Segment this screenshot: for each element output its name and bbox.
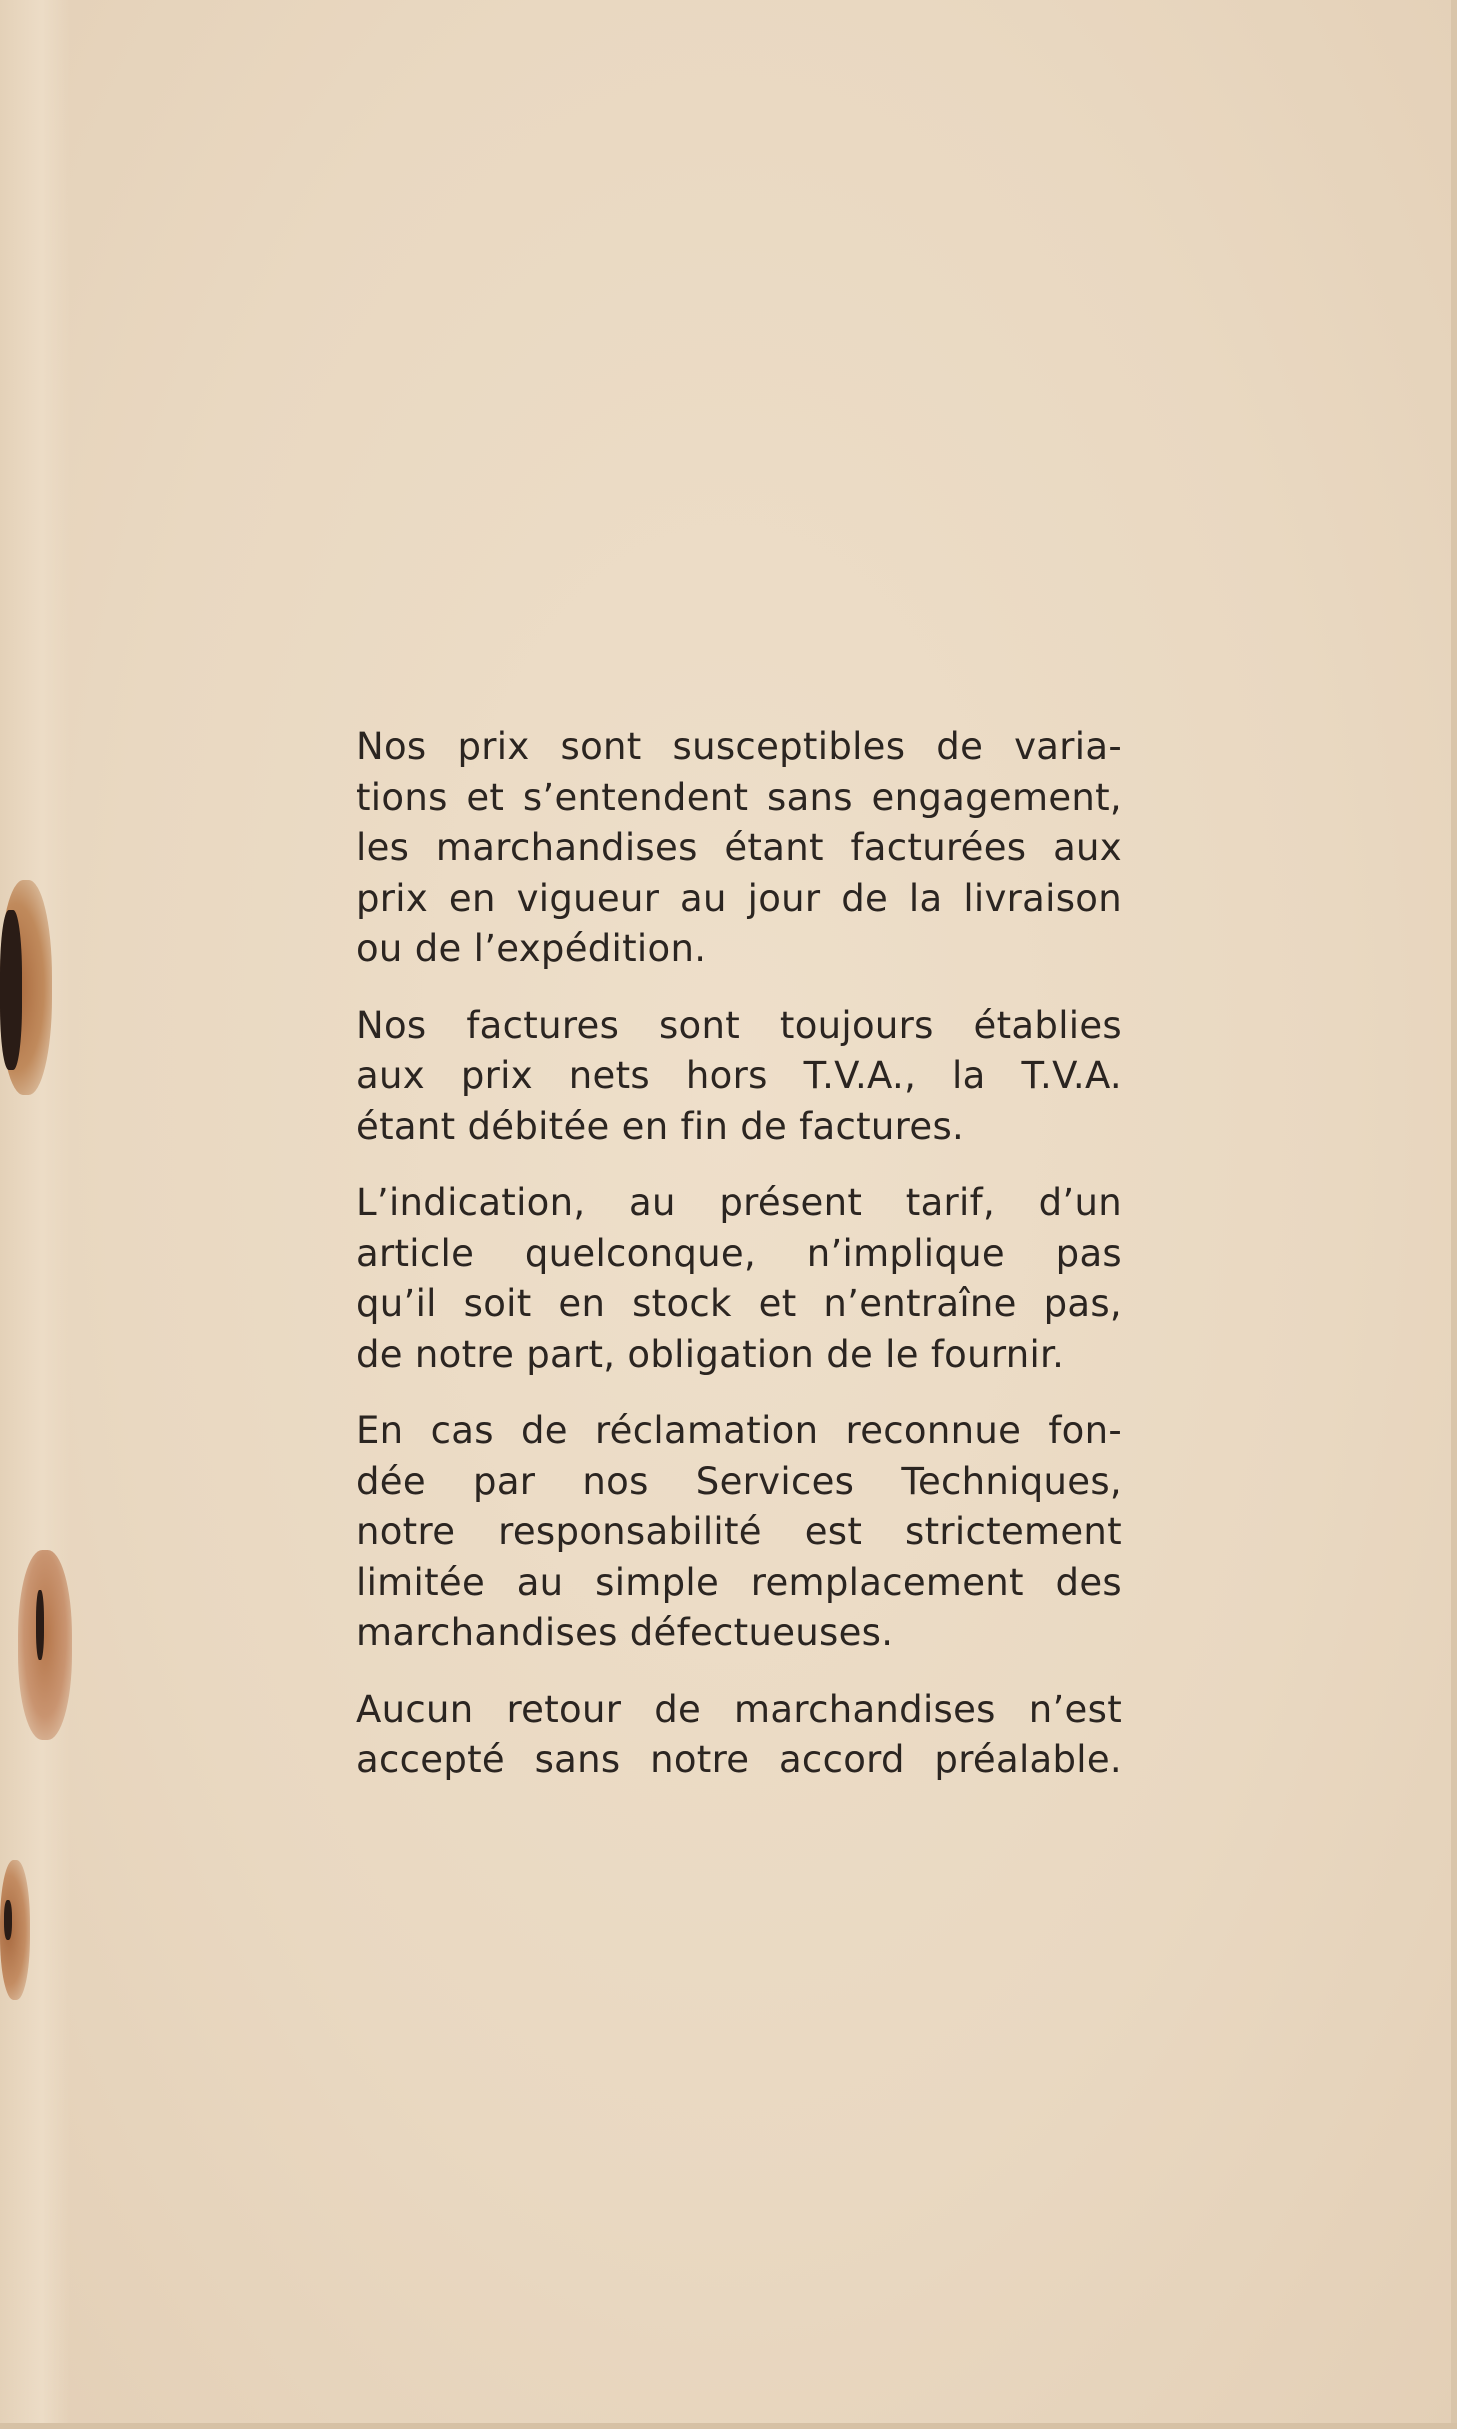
terms-text-block: Nos prix sont susceptibles de varia- tio… (356, 722, 1122, 1812)
text-line: marchandises défectueuses. (356, 1608, 1122, 1659)
text-line: dée par nos Services Techniques, (356, 1457, 1122, 1508)
staple-hole (0, 910, 22, 1070)
paragraph-returns: Aucun retour de marchandises n’est accep… (356, 1685, 1122, 1786)
text-line: aux prix nets hors T.V.A., la T.V.A. (356, 1051, 1122, 1102)
paragraph-claims: En cas de réclamation reconnue fon- dée … (356, 1406, 1122, 1659)
text-line: Aucun retour de marchandises n’est (356, 1685, 1122, 1736)
text-line: étant débitée en fin de factures. (356, 1102, 1122, 1153)
text-line: article quelconque, n’implique pas (356, 1229, 1122, 1280)
paragraph-prices: Nos prix sont susceptibles de varia- tio… (356, 722, 1122, 975)
text-line: En cas de réclamation reconnue fon- (356, 1406, 1122, 1457)
rust-stain-middle (18, 1550, 72, 1740)
staple-hole (36, 1590, 44, 1660)
text-line: prix en vigueur au jour de la livraison (356, 874, 1122, 925)
page-edge-bottom (0, 2423, 1457, 2429)
text-line: tions et s’entendent sans engagement, (356, 773, 1122, 824)
paragraph-invoices: Nos factures sont toujours établies aux … (356, 1001, 1122, 1153)
text-line: qu’il soit en stock et n’entraîne pas, (356, 1279, 1122, 1330)
text-line: L’indication, au présent tarif, d’un (356, 1178, 1122, 1229)
text-line: accepté sans notre accord préalable. (356, 1735, 1122, 1786)
text-line: Nos prix sont susceptibles de varia- (356, 722, 1122, 773)
paragraph-stock: L’indication, au présent tarif, d’un art… (356, 1178, 1122, 1380)
text-line: de notre part, obligation de le fournir. (356, 1330, 1122, 1381)
binding-spine (0, 0, 70, 2429)
text-line: Nos factures sont toujours établies (356, 1001, 1122, 1052)
staple-hole (4, 1900, 12, 1940)
text-line: les marchandises étant facturées aux (356, 823, 1122, 874)
rust-stain-bottom (0, 1860, 30, 2000)
text-line: ou de l’expédition. (356, 924, 1122, 975)
text-line: notre responsabilité est strictement (356, 1507, 1122, 1558)
page-edge-right (1451, 0, 1457, 2429)
text-line: limitée au simple remplacement des (356, 1558, 1122, 1609)
rust-stain-top (0, 880, 52, 1095)
